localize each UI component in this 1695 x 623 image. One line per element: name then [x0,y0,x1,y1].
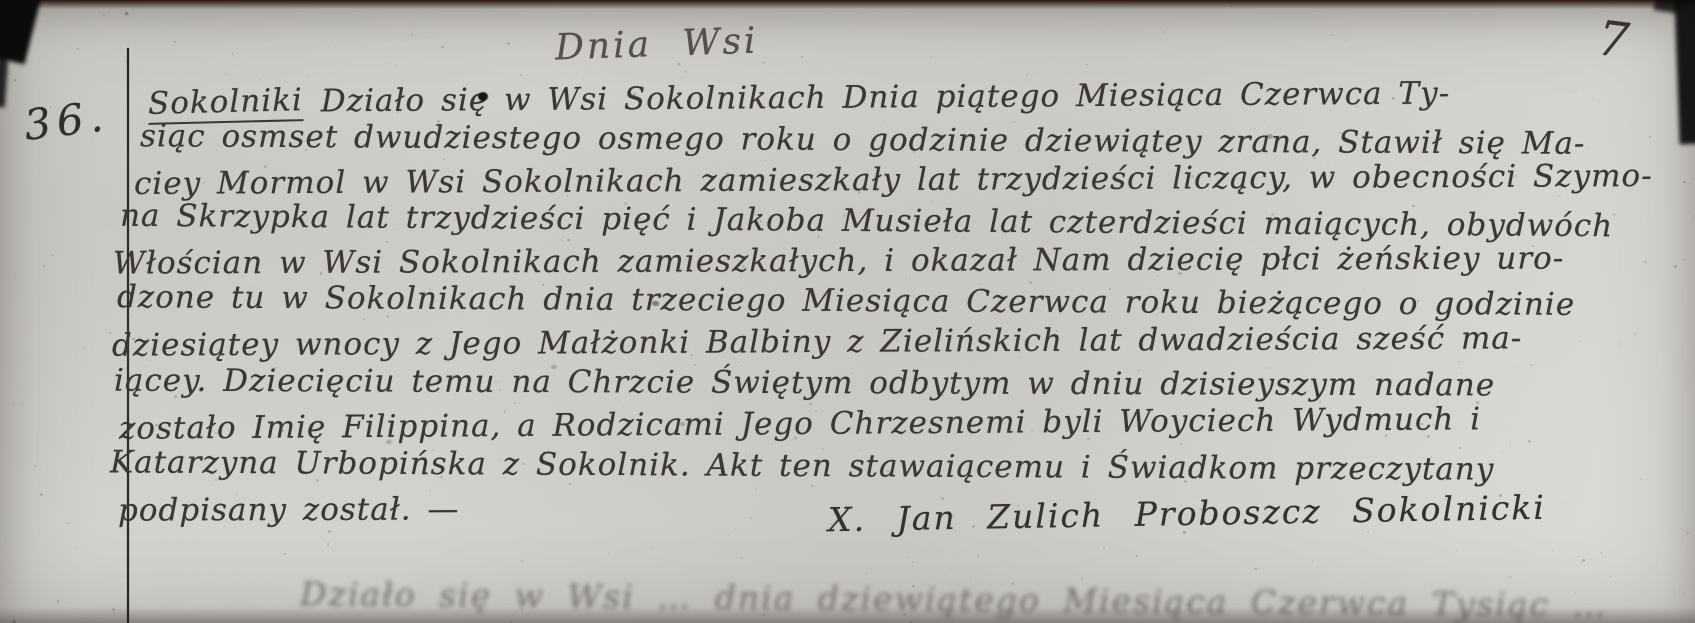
entry-number: 36. [21,91,111,150]
header-inscription: Dnia Wsi [554,20,759,68]
record-line: na Skrzypka lat trzydzieści pięć i Jakob… [120,198,1613,244]
page-number: 7 [1595,10,1632,69]
ink-blot [478,92,488,101]
scan-edge-top-right-corner [1653,0,1682,14]
record-line: Katarzyna Urbopińska z Sokolnik. Akt ten… [110,444,1494,487]
record-line: Włościan w Wsi Sokolnikach zamieszkałych… [113,240,1564,281]
scanned-record-page: Dnia Wsi 7 36. SokolnikiDziało się w Wsi… [0,0,1695,623]
record-line: dzone tu w Sokolnikach dnia trzeciego Mi… [117,279,1575,323]
record-line-text: Działo się w Wsi Sokolnikach Dnia piąteg… [321,75,1451,119]
priest-signature: X. Jan Zulich Proboszcz Sokolnicki [828,488,1546,540]
record-line: siąc osmset dwudziestego osmego roku o g… [140,118,1586,162]
record-line: podpisany został. — [118,491,460,528]
scan-edge-top [0,0,1695,9]
record-line: iącey. Dziecięciu temu na Chrzcie Święty… [114,363,1495,404]
record-line: zostało Imię Filippina, a Rodzicami Jego… [119,401,1481,447]
record-line: SokolnikiDziało się w Wsi Sokolnikach Dn… [148,75,1450,123]
scan-edge-top-right [1674,0,1695,144]
record-line: ciey Mormol w Wsi Sokolnikach zamieszkał… [134,158,1653,202]
record-line: dziesiątey wnocy z Jego Małżonki Balbiny… [112,320,1523,363]
